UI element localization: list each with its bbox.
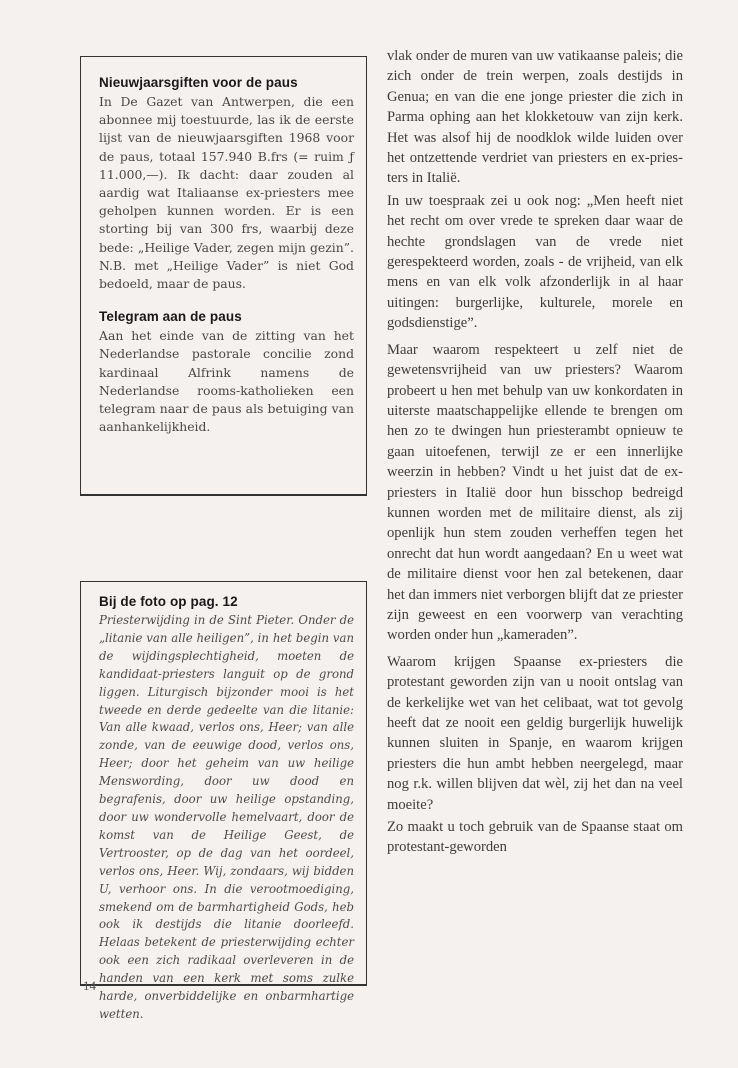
body-paragraph: In uw toespraak zei u ook nog: „Men heef… <box>387 191 683 334</box>
section-body-telegram: Aan het einde van de zitting van het Ned… <box>99 327 354 436</box>
body-paragraph: Waarom krijgen Spaanse ex-priesters die … <box>387 652 683 815</box>
right-column: vlak onder de muren van uw vati­kaanse p… <box>387 46 683 864</box>
document-page: Nieuwjaarsgiften voor de paus In De Gaze… <box>0 0 738 1068</box>
page-number: 14 <box>83 978 96 994</box>
body-paragraph: vlak onder de muren van uw vati­kaanse p… <box>387 46 683 189</box>
body-paragraph: Zo maakt u toch gebruik van de Spaanse s… <box>387 817 683 858</box>
section-title-nieuwjaarsgiften: Nieuwjaarsgiften voor de paus <box>99 75 354 90</box>
photo-caption-box: Bij de foto op pag. 12 Priesterwijding i… <box>80 581 367 986</box>
section-body-nieuwjaarsgiften: In De Gazet van Antwerpen, die een abonn… <box>99 93 354 293</box>
news-box-1: Nieuwjaarsgiften voor de paus In De Gaze… <box>80 56 367 496</box>
photo-caption-title: Bij de foto op pag. 12 <box>99 594 354 609</box>
photo-caption-body: Priesterwijding in de Sint Pieter. Onder… <box>99 612 354 1024</box>
section-title-telegram: Telegram aan de paus <box>99 309 354 324</box>
left-column: Nieuwjaarsgiften voor de paus In De Gaze… <box>80 56 367 496</box>
body-paragraph: Maar waarom respekteert u zelf niet de g… <box>387 340 683 646</box>
